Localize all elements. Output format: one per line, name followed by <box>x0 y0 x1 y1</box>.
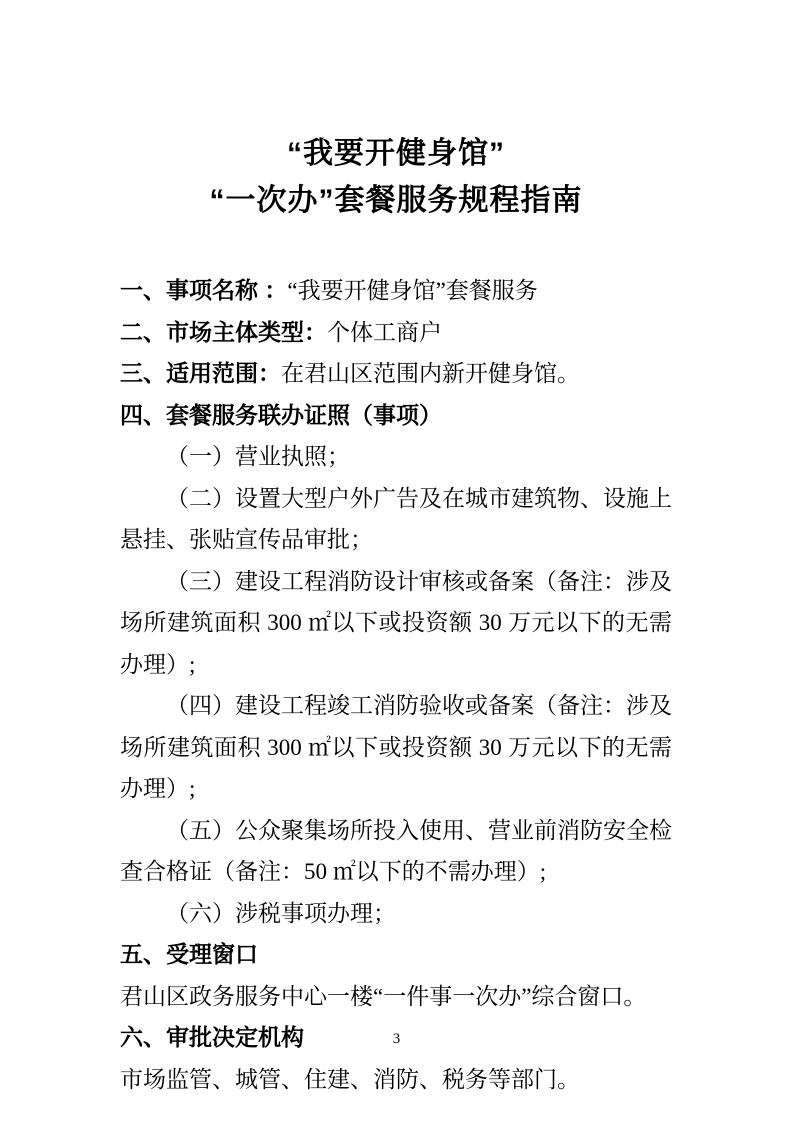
section-item-scope: 三、适用范围：在君山区范围内新开健身馆。 <box>120 353 672 395</box>
paragraph-text: 市场监管、城管、住建、消防、税务等部门。 <box>120 1067 580 1092</box>
list-item-text: （六）涉税事项办理； <box>166 901 396 926</box>
paragraph-window: 君山区政务服务中心一楼“一件事一次办”综合窗口。 <box>120 976 672 1018</box>
section-text: 个体工商户 <box>327 320 442 345</box>
list-item-3: （三）建设工程消防设计审核或备案（备注：涉及场所建筑面积 300 ㎡以下或投资额… <box>120 561 672 686</box>
list-item-text: （五）公众聚集场所投入使用、营业前消防安全检查合格证（备注：50 ㎡以下的不需办… <box>120 818 672 885</box>
section-text: “我要开健身馆”套餐服务 <box>287 278 537 303</box>
section-label: 五、受理窗口 <box>120 941 258 967</box>
section-label: 一、事项名称 ： <box>120 277 287 303</box>
section-heading-licenses: 四、套餐服务联办证照（事项） <box>120 395 672 437</box>
section-label: 四、套餐服务联办证照（事项） <box>120 402 442 428</box>
section-label: 三、适用范围： <box>120 360 281 386</box>
list-item-text: （一）营业执照； <box>166 444 350 469</box>
section-item-name: 一、事项名称 ：“我要开健身馆”套餐服务 <box>120 270 672 312</box>
document-body: 一、事项名称 ：“我要开健身馆”套餐服务 二、市场主体类型：个体工商户 三、适用… <box>120 270 672 1100</box>
paragraph-text: 君山区政务服务中心一楼“一件事一次办”综合窗口。 <box>120 984 646 1009</box>
section-item-entity-type: 二、市场主体类型：个体工商户 <box>120 312 672 354</box>
title-line-1: “我要开健身馆” <box>120 130 672 177</box>
list-item-1: （一）营业执照； <box>120 436 672 478</box>
document-title: “我要开健身馆” “一次办”套餐服务规程指南 <box>120 130 672 224</box>
list-item-6: （六）涉税事项办理； <box>120 893 672 935</box>
paragraph-authority: 市场监管、城管、住建、消防、税务等部门。 <box>120 1059 672 1101</box>
section-label: 二、市场主体类型： <box>120 319 327 345</box>
list-item-text: （三）建设工程消防设计审核或备案（备注：涉及场所建筑面积 300 ㎡以下或投资额… <box>120 569 672 677</box>
list-item-text: （二）设置大型户外广告及在城市建筑物、设施上悬挂、张贴宣传品审批； <box>120 486 672 553</box>
title-line-2: “一次办”套餐服务规程指南 <box>120 177 672 224</box>
list-item-text: （四）建设工程竣工消防验收或备案（备注：涉及场所建筑面积 300 ㎡以下或投资额… <box>120 693 672 801</box>
list-item-2: （二）设置大型户外广告及在城市建筑物、设施上悬挂、张贴宣传品审批； <box>120 478 672 561</box>
section-heading-window: 五、受理窗口 <box>120 934 672 976</box>
page-number: 3 <box>0 1031 793 1048</box>
list-item-4: （四）建设工程竣工消防验收或备案（备注：涉及场所建筑面积 300 ㎡以下或投资额… <box>120 685 672 810</box>
list-item-5: （五）公众聚集场所投入使用、营业前消防安全检查合格证（备注：50 ㎡以下的不需办… <box>120 810 672 893</box>
section-text: 在君山区范围内新开健身馆。 <box>281 361 580 386</box>
document-page: “我要开健身馆” “一次办”套餐服务规程指南 一、事项名称 ：“我要开健身馆”套… <box>0 0 793 1122</box>
